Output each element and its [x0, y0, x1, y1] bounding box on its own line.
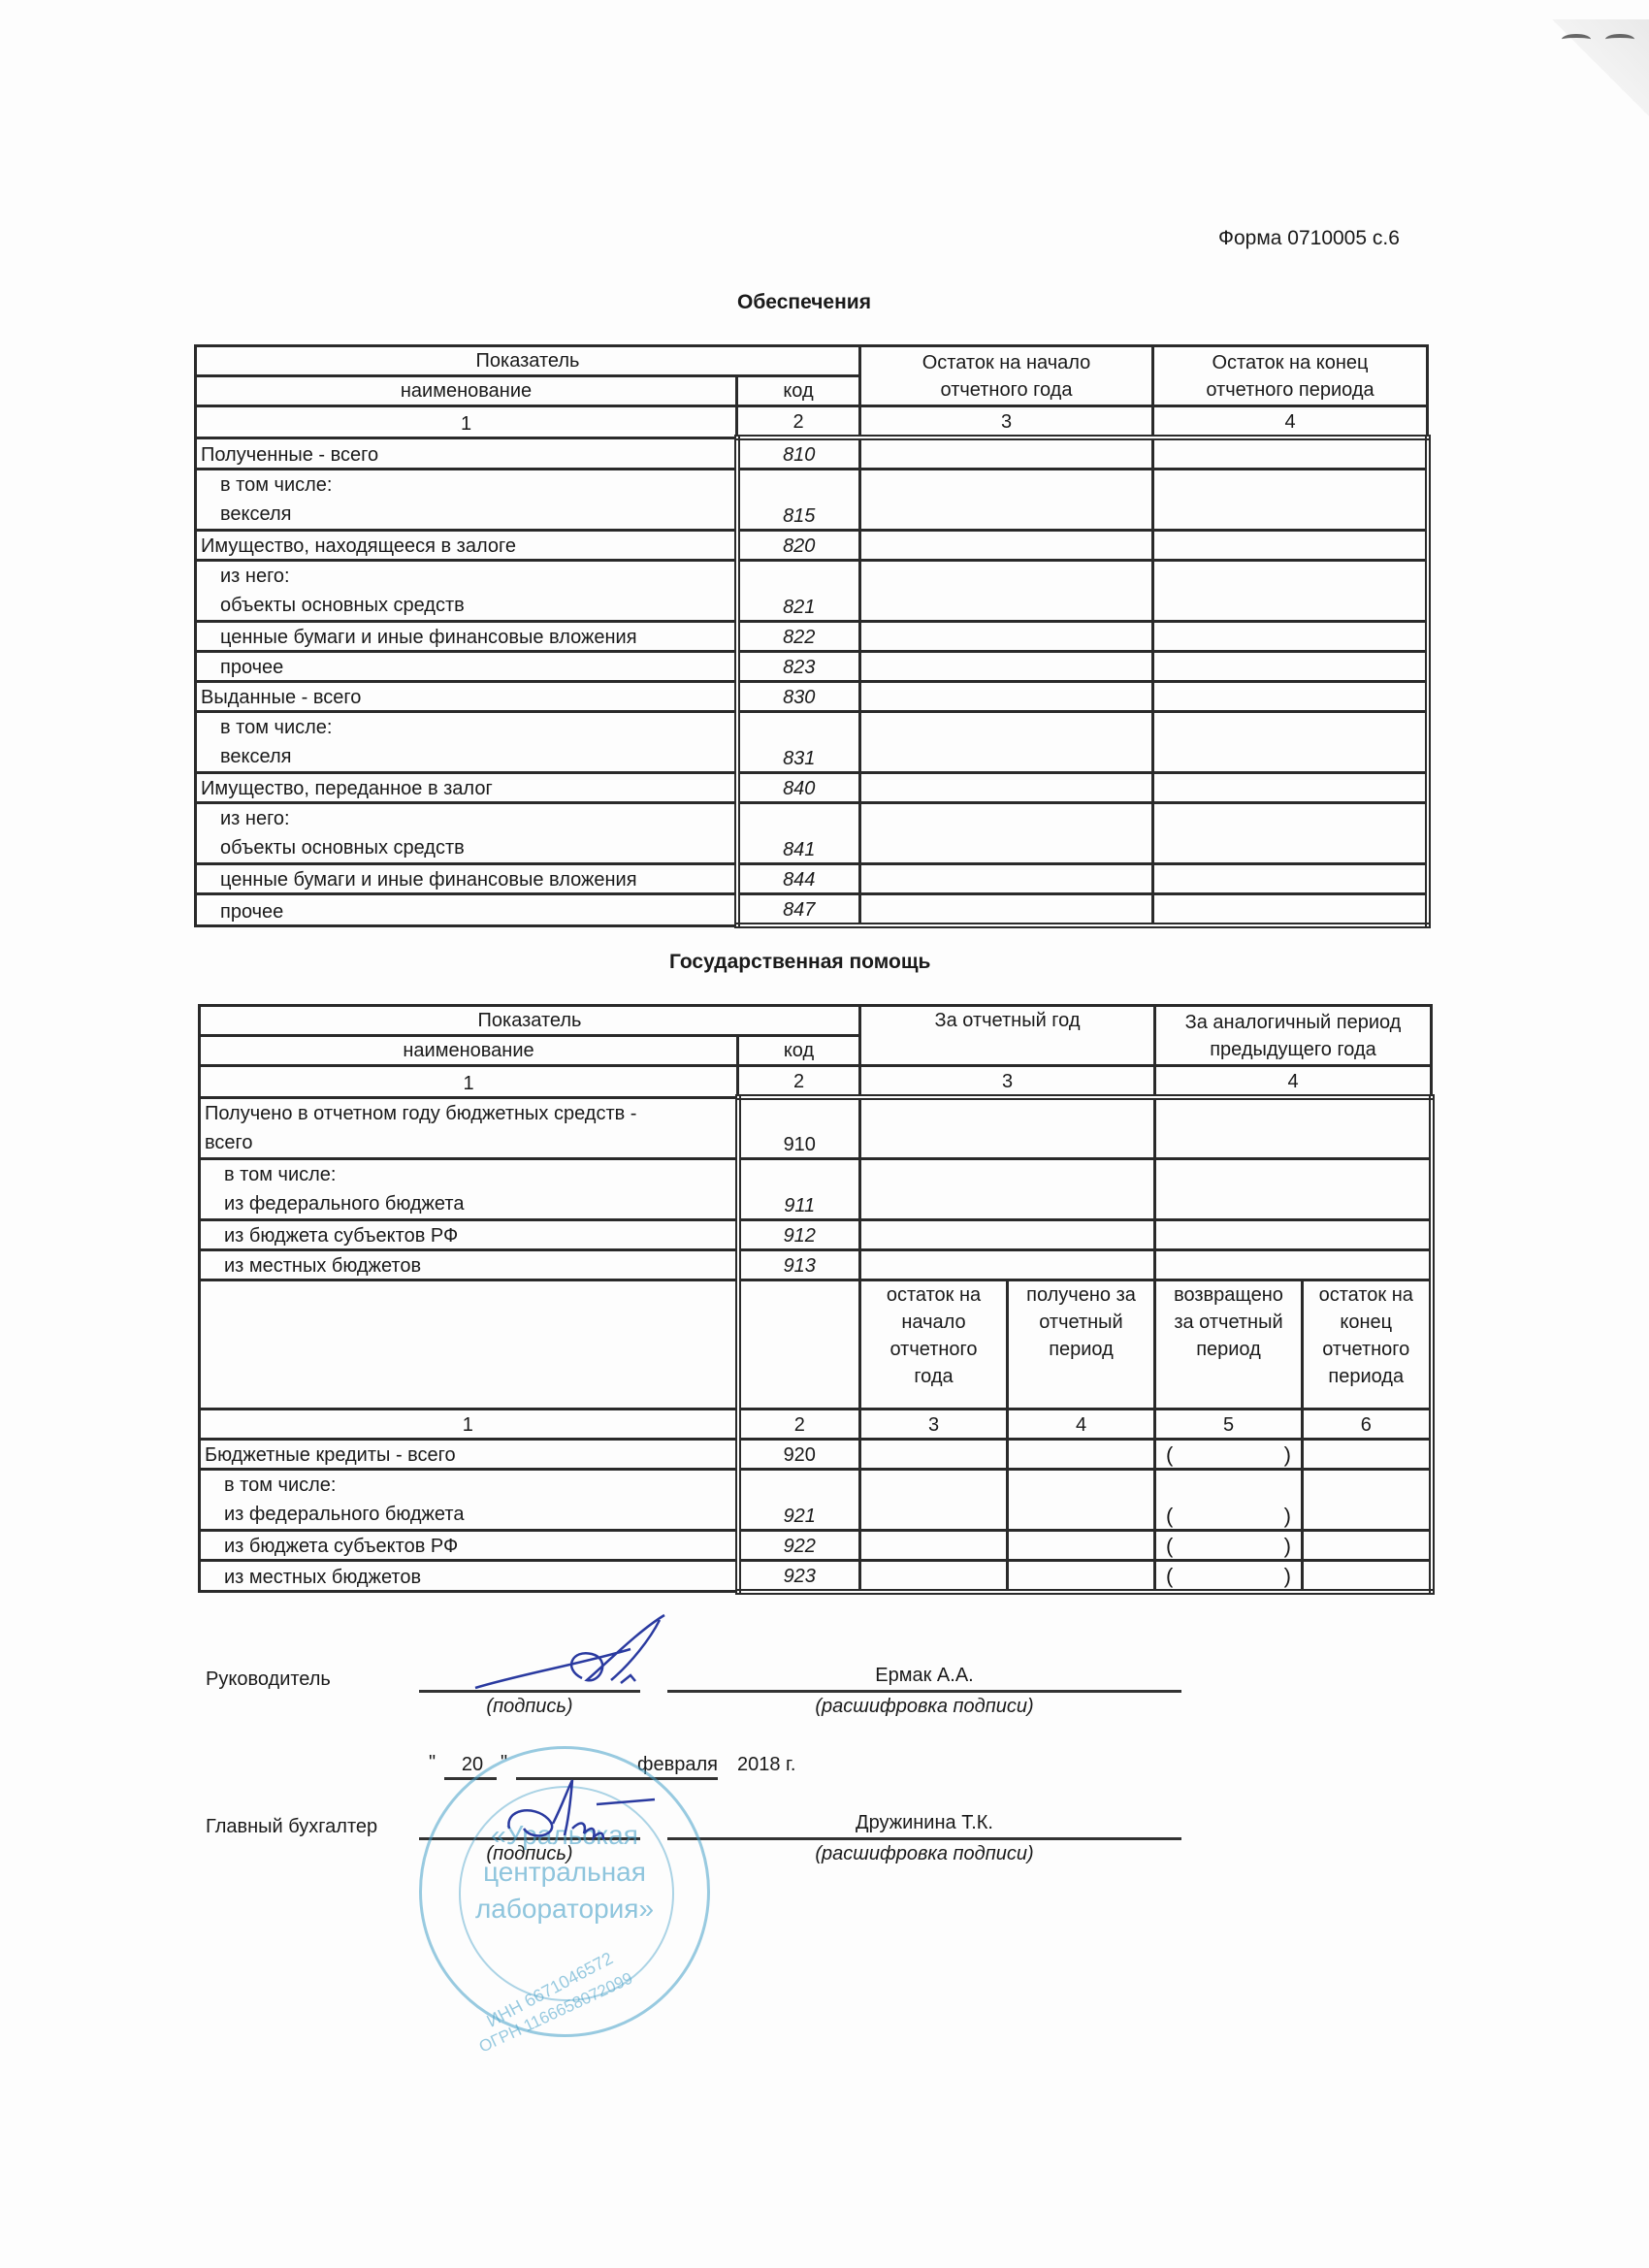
row-code: 847 [737, 894, 860, 926]
row-code: 922 [738, 1530, 860, 1560]
value-returned[interactable]: () [1155, 1560, 1303, 1592]
row-code: 823 [737, 652, 860, 682]
row-code: 910 [738, 1097, 860, 1158]
table-row: в том числе:из федерального бюджета911 [200, 1158, 1432, 1219]
row-label: Бюджетные кредиты - всего [200, 1439, 738, 1469]
row-code: 820 [737, 531, 860, 561]
value-returned[interactable]: () [1155, 1439, 1303, 1469]
value-end[interactable] [1153, 712, 1428, 773]
row-label: из него:объекты основных средств [196, 561, 737, 622]
row-code: 821 [737, 561, 860, 622]
row-code: 830 [737, 682, 860, 712]
value-end[interactable] [1153, 531, 1428, 561]
row-label: ценные бумаги и иные финансовые вложения [196, 864, 737, 894]
col-number: 3 [860, 1066, 1155, 1098]
col-number: 3 [860, 1409, 1008, 1439]
row-code: 912 [738, 1219, 860, 1249]
value-closing-balance[interactable] [1303, 1560, 1432, 1592]
value-opening-balance[interactable] [860, 1469, 1008, 1530]
table-row: из местных бюджетов923() [200, 1560, 1432, 1592]
security-table: Показатель Остаток на началоотчетного го… [194, 344, 1431, 928]
table-row: в том числе:из федерального бюджета921() [200, 1469, 1432, 1530]
signature-caption: (подпись) [419, 1696, 640, 1718]
head-signature-icon [466, 1610, 679, 1698]
decode-caption: (расшифровка подписи) [667, 1696, 1181, 1718]
value-start[interactable] [860, 531, 1153, 561]
value-closing-balance[interactable] [1303, 1439, 1432, 1469]
col-number: 1 [200, 1409, 738, 1439]
table-row: ценные бумаги и иные финансовые вложения… [196, 622, 1428, 652]
table-row: Имущество, переданное в залог840 [196, 773, 1428, 803]
col-number: 3 [860, 406, 1153, 438]
row-code: 841 [737, 803, 860, 864]
col-number: 2 [737, 406, 860, 438]
value-end[interactable] [1153, 622, 1428, 652]
value-start[interactable] [860, 712, 1153, 773]
header-name: наименование [196, 376, 737, 406]
value-received[interactable] [1008, 1469, 1155, 1530]
col-number: 4 [1155, 1066, 1432, 1098]
value-previous-year[interactable] [1155, 1158, 1432, 1219]
folded-page-corner [1552, 19, 1649, 116]
value-opening-balance[interactable] [860, 1439, 1008, 1469]
chief-signature-icon [495, 1775, 669, 1853]
row-label: прочее [196, 652, 737, 682]
row-code: 923 [738, 1560, 860, 1592]
value-start[interactable] [860, 622, 1153, 652]
col-number: 1 [200, 1066, 738, 1098]
table-row: из него:объекты основных средств841 [196, 803, 1428, 864]
row-code: 840 [737, 773, 860, 803]
value-start[interactable] [860, 470, 1153, 531]
table-row: Имущество, находящееся в залоге820 [196, 531, 1428, 561]
head-name-line [667, 1690, 1181, 1693]
table-row: прочее823 [196, 652, 1428, 682]
row-label: из местных бюджетов [200, 1249, 738, 1280]
row-code: 911 [738, 1158, 860, 1219]
value-current-year[interactable] [860, 1219, 1155, 1249]
value-end[interactable] [1153, 773, 1428, 803]
value-start[interactable] [860, 561, 1153, 622]
table-row: в том числе:векселя815 [196, 470, 1428, 531]
row-code: 831 [737, 712, 860, 773]
credit-header-col5: возвращеноза отчетныйпериод [1155, 1280, 1303, 1409]
row-code: 921 [738, 1469, 860, 1530]
chief-accountant-name: Дружинина Т.К. [667, 1812, 1181, 1834]
row-code: 920 [738, 1439, 860, 1469]
value-closing-balance[interactable] [1303, 1530, 1432, 1560]
row-label: Получено в отчетном году бюджетных средс… [200, 1097, 738, 1158]
value-start[interactable] [860, 803, 1153, 864]
value-start[interactable] [860, 652, 1153, 682]
value-start[interactable] [860, 773, 1153, 803]
row-code: 815 [737, 470, 860, 531]
value-end[interactable] [1153, 894, 1428, 926]
table-row: прочее847 [196, 894, 1428, 926]
credit-header-empty [738, 1280, 860, 1409]
value-closing-balance[interactable] [1303, 1469, 1432, 1530]
row-label: из него:объекты основных средств [196, 803, 737, 864]
value-start[interactable] [860, 894, 1153, 926]
row-label: в том числе:из федерального бюджета [200, 1158, 738, 1219]
date-quote-open: " [429, 1752, 436, 1774]
row-label: Имущество, переданное в залог [196, 773, 737, 803]
credit-header-col3: остаток наначалоотчетногогода [860, 1280, 1008, 1409]
value-received[interactable] [1008, 1439, 1155, 1469]
value-start[interactable] [860, 437, 1153, 470]
table-row: ценные бумаги и иные финансовые вложения… [196, 864, 1428, 894]
value-end[interactable] [1153, 864, 1428, 894]
row-label: Имущество, находящееся в залоге [196, 531, 737, 561]
header-indicator: Показатель [200, 1006, 860, 1036]
header-col3: За отчетный год [860, 1006, 1155, 1066]
value-received[interactable] [1008, 1530, 1155, 1560]
chief-name-line [667, 1837, 1181, 1840]
col-number: 6 [1303, 1409, 1432, 1439]
staple-mark [1562, 34, 1591, 45]
chief-accountant-label: Главный бухгалтер [206, 1816, 377, 1838]
value-end[interactable] [1153, 437, 1428, 470]
header-code: код [737, 376, 860, 406]
value-start[interactable] [860, 864, 1153, 894]
header-code: код [738, 1036, 860, 1066]
table-row: из бюджета субъектов РФ912 [200, 1219, 1432, 1249]
value-current-year[interactable] [860, 1097, 1155, 1158]
row-label: из местных бюджетов [200, 1560, 738, 1592]
table-row: из бюджета субъектов РФ922() [200, 1530, 1432, 1560]
value-end[interactable] [1153, 652, 1428, 682]
row-code: 913 [738, 1249, 860, 1280]
value-end[interactable] [1153, 682, 1428, 712]
state-aid-table: Показатель За отчетный год За аналогичны… [198, 1004, 1435, 1595]
row-label: из бюджета субъектов РФ [200, 1219, 738, 1249]
decode-caption: (расшифровка подписи) [667, 1843, 1181, 1865]
row-label: в том числе:векселя [196, 712, 737, 773]
row-code: 810 [737, 437, 860, 470]
table-row: Бюджетные кредиты - всего920() [200, 1439, 1432, 1469]
table-row: из него:объекты основных средств821 [196, 561, 1428, 622]
row-label: из бюджета субъектов РФ [200, 1530, 738, 1560]
staple-mark [1605, 34, 1634, 45]
table-row: Выданные - всего830 [196, 682, 1428, 712]
credit-header-empty [200, 1280, 738, 1409]
value-end[interactable] [1153, 561, 1428, 622]
date-year: 2018 г. [737, 1754, 795, 1776]
value-end[interactable] [1153, 470, 1428, 531]
col-number: 1 [196, 406, 737, 438]
value-end[interactable] [1153, 803, 1428, 864]
table-row: Получено в отчетном году бюджетных средс… [200, 1097, 1432, 1158]
row-code: 844 [737, 864, 860, 894]
value-returned[interactable]: () [1155, 1469, 1303, 1530]
col-number: 2 [738, 1066, 860, 1098]
col-number: 4 [1008, 1409, 1155, 1439]
row-label: в том числе:из федерального бюджета [200, 1469, 738, 1530]
header-col4: Остаток на конецотчетного периода [1153, 346, 1428, 406]
row-label: Выданные - всего [196, 682, 737, 712]
value-previous-year[interactable] [1155, 1249, 1432, 1280]
head-name: Ермак А.А. [667, 1665, 1181, 1687]
row-label: ценные бумаги и иные финансовые вложения [196, 622, 737, 652]
col-number: 5 [1155, 1409, 1303, 1439]
value-current-year[interactable] [860, 1249, 1155, 1280]
value-opening-balance[interactable] [860, 1530, 1008, 1560]
row-label: в том числе:векселя [196, 470, 737, 531]
row-label: Полученные - всего [196, 437, 737, 470]
credit-header-col6: остаток наконецотчетногопериода [1303, 1280, 1432, 1409]
col-number: 2 [738, 1409, 860, 1439]
value-returned[interactable]: () [1155, 1530, 1303, 1560]
value-received[interactable] [1008, 1560, 1155, 1592]
row-code: 822 [737, 622, 860, 652]
header-name: наименование [200, 1036, 738, 1066]
value-current-year[interactable] [860, 1158, 1155, 1219]
header-indicator: Показатель [196, 346, 860, 376]
table-row: в том числе:векселя831 [196, 712, 1428, 773]
value-opening-balance[interactable] [860, 1560, 1008, 1592]
value-previous-year[interactable] [1155, 1097, 1432, 1158]
table-row: из местных бюджетов913 [200, 1249, 1432, 1280]
row-label: прочее [196, 894, 737, 926]
value-start[interactable] [860, 682, 1153, 712]
credit-header-col4: получено заотчетныйпериод [1008, 1280, 1155, 1409]
section-title-state-aid: Государственная помощь [669, 951, 930, 974]
table-row: Полученные - всего810 [196, 437, 1428, 470]
header-col3: Остаток на началоотчетного года [860, 346, 1153, 406]
col-number: 4 [1153, 406, 1428, 438]
value-previous-year[interactable] [1155, 1219, 1432, 1249]
head-label: Руководитель [206, 1669, 331, 1691]
form-code: Форма 0710005 с.6 [1218, 227, 1400, 250]
section-title-security: Обеспечения [737, 291, 871, 314]
header-col4: За аналогичный периодпредыдущего года [1155, 1006, 1432, 1066]
